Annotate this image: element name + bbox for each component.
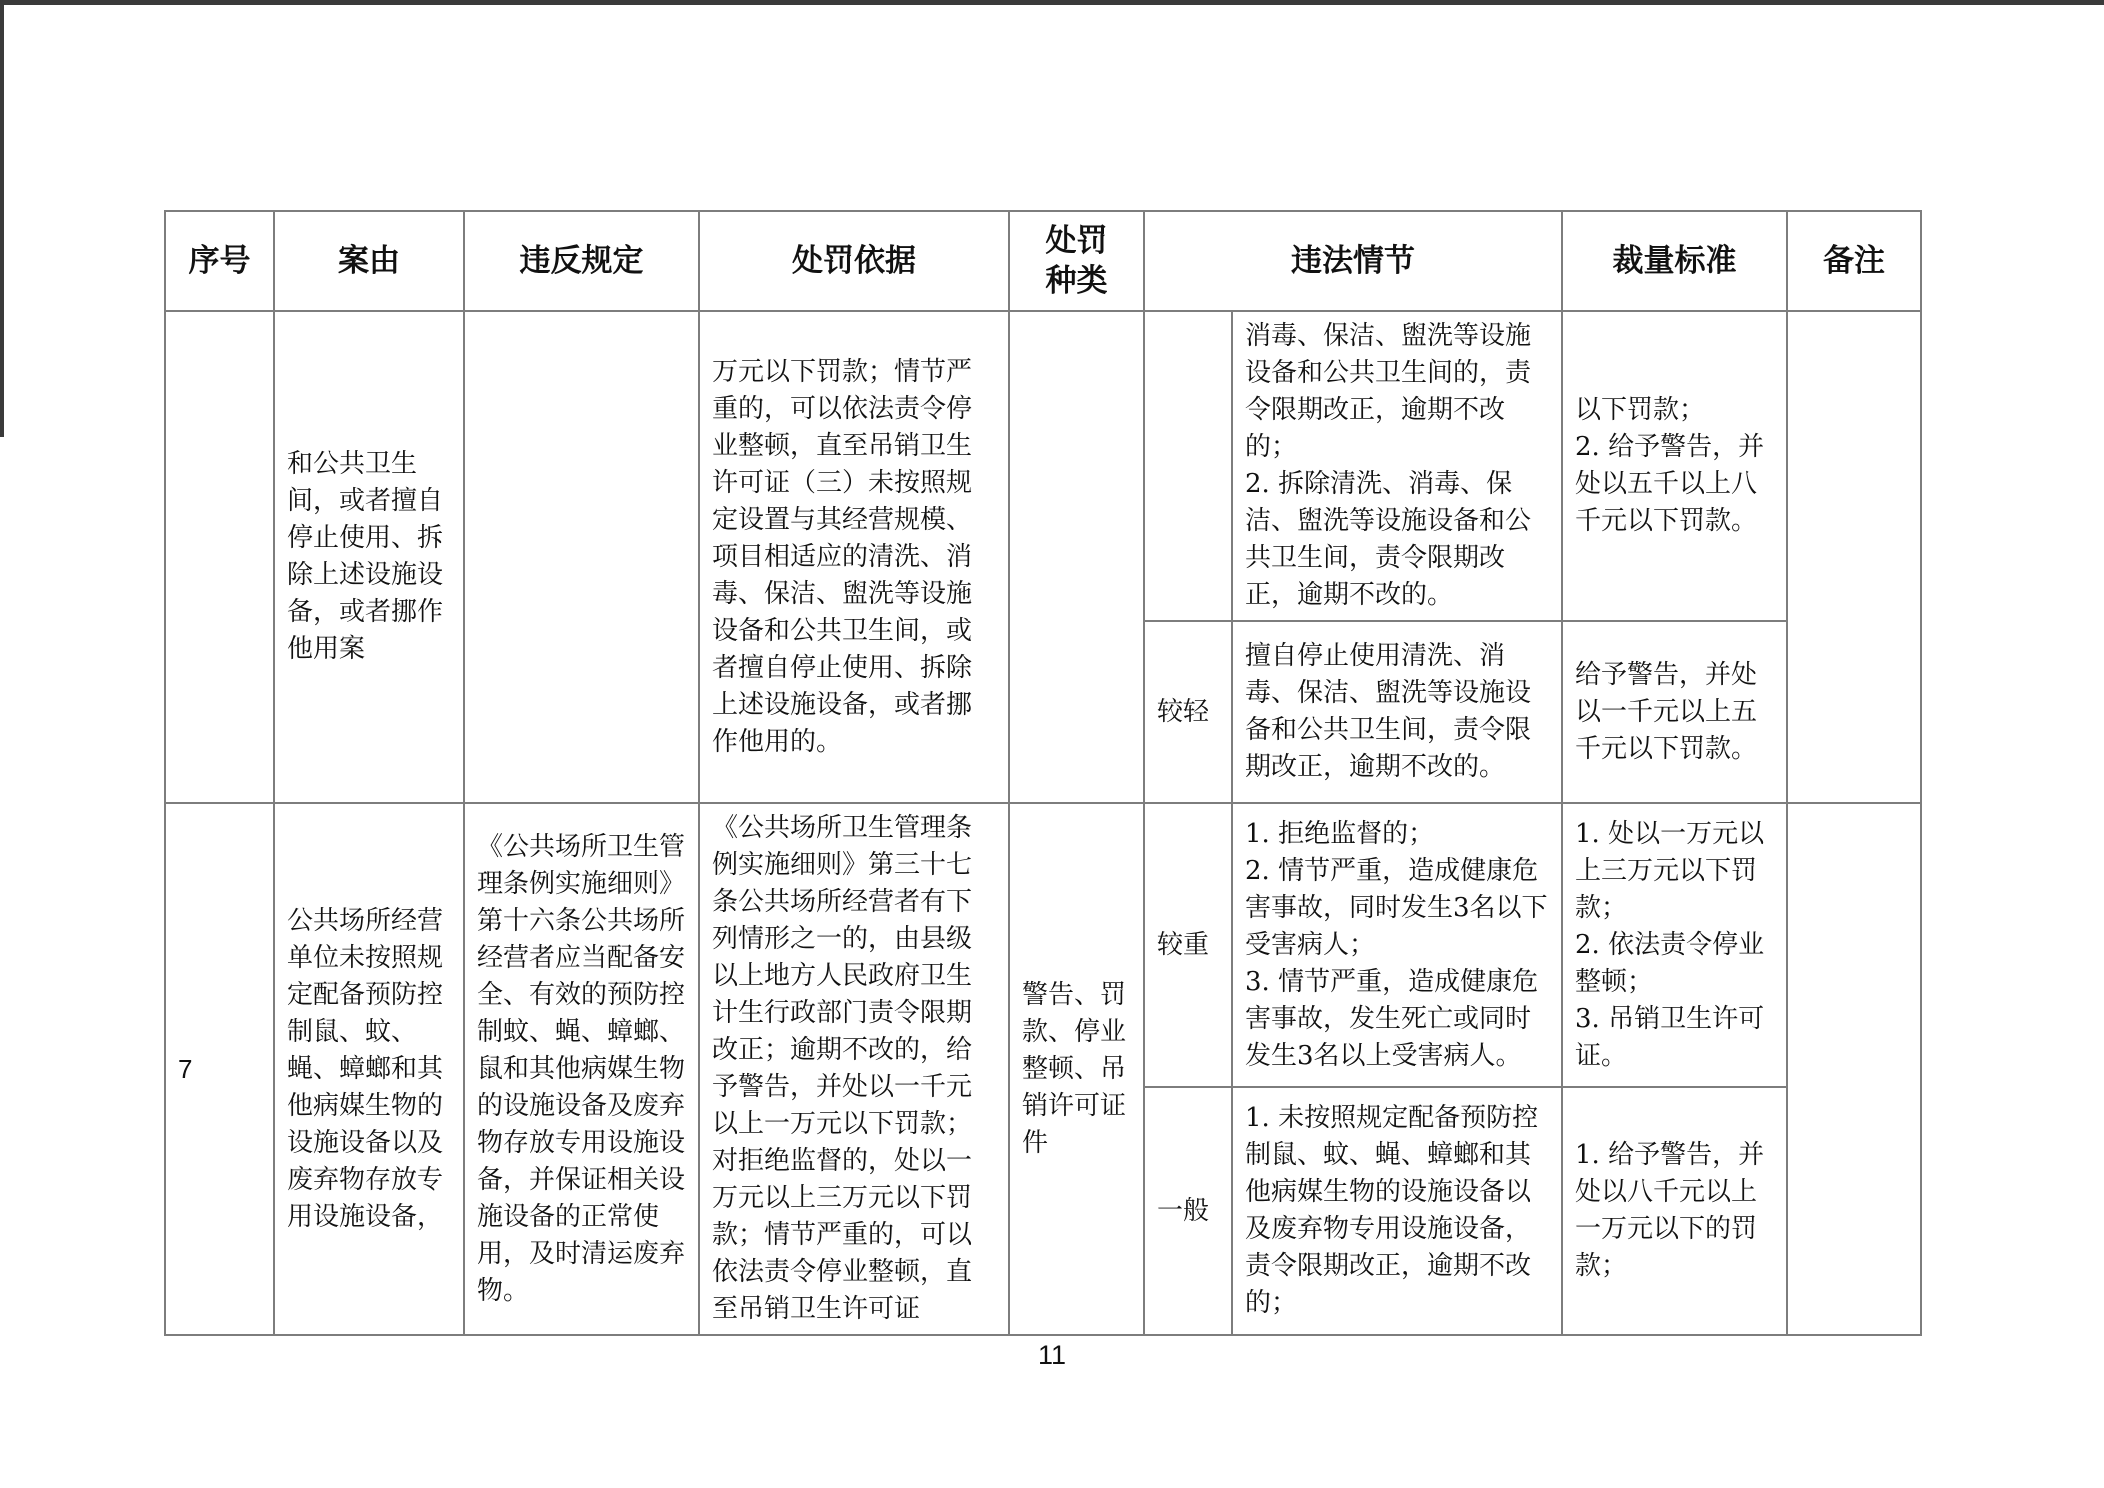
row-continuation-sub1: 和公共卫生间，或者擅自停止使用、拆除上述设施设备，或者挪作他用案 万元以下罚款；… <box>165 311 1921 621</box>
table-header-row: 序号 案由 违反规定 处罚依据 处罚 种类 违法情节 裁量标准 备注 <box>165 211 1921 311</box>
cell-regulation <box>464 311 699 803</box>
cell-standard: 1. 给予警告，并处以八千元以上一万元以下的罚款； <box>1562 1087 1787 1335</box>
cell-circumstance-description: 消毒、保洁、盥洗等设施设备和公共卫生间的，责令限期改正，逾期不改的； 2. 拆除… <box>1232 311 1562 621</box>
cell-remarks <box>1787 311 1921 803</box>
col-header-seq: 序号 <box>165 211 274 311</box>
document-page: 序号 案由 违反规定 处罚依据 处罚 种类 违法情节 裁量标准 备注 和公共卫生… <box>0 0 2104 1488</box>
cell-standard: 给予警告，并处以一千元以上五千元以下罚款。 <box>1562 621 1787 803</box>
cell-circumstance-description: 擅自停止使用清洗、消毒、保洁、盥洗等设施设备和公共卫生间，责令限期改正，逾期不改… <box>1232 621 1562 803</box>
col-header-remarks: 备注 <box>1787 211 1921 311</box>
page-top-edge <box>0 0 2104 5</box>
cell-standard: 1. 处以一万元以上三万元以下罚款； 2. 依法责令停业整顿； 3. 吊销卫生许… <box>1562 803 1787 1087</box>
cell-penalty-type <box>1009 311 1144 803</box>
cell-regulation: 《公共场所卫生管理条例实施细则》第十六条公共场所经营者应当配备安全、有效的预防控… <box>464 803 699 1335</box>
penalty-standards-table: 序号 案由 违反规定 处罚依据 处罚 种类 违法情节 裁量标准 备注 和公共卫生… <box>164 210 1922 1336</box>
col-header-standard: 裁量标准 <box>1562 211 1787 311</box>
cell-standard: 以下罚款； 2. 给予警告，并处以五千以上八千元以下罚款。 <box>1562 311 1787 621</box>
cell-penalty-type: 警告、罚款、停业整顿、吊销许可证件 <box>1009 803 1144 1335</box>
col-header-cause: 案由 <box>274 211 464 311</box>
cell-cause: 公共场所经营单位未按照规定配备预防控制鼠、蚊、蝇、蟑螂和其他病媒生物的设施设备以… <box>274 803 464 1335</box>
row-7-sub1: 7 公共场所经营单位未按照规定配备预防控制鼠、蚊、蝇、蟑螂和其他病媒生物的设施设… <box>165 803 1921 1087</box>
cell-seq: 7 <box>165 803 274 1335</box>
col-header-penalty-type: 处罚 种类 <box>1009 211 1144 311</box>
cell-circumstance-description: 1. 拒绝监督的； 2. 情节严重，造成健康危害事故，同时发生3名以下受害病人；… <box>1232 803 1562 1087</box>
col-header-basis: 处罚依据 <box>699 211 1009 311</box>
cell-basis: 万元以下罚款；情节严重的，可以依法责令停业整顿，直至吊销卫生许可证（三）未按照规… <box>699 311 1009 803</box>
cell-basis: 《公共场所卫生管理条例实施细则》第三十七条公共场所经营者有下列情形之一的，由县级… <box>699 803 1009 1335</box>
cell-severity <box>1144 311 1232 621</box>
cell-severity: 一般 <box>1144 1087 1232 1335</box>
cell-severity: 较轻 <box>1144 621 1232 803</box>
col-header-regulation: 违反规定 <box>464 211 699 311</box>
cell-remarks <box>1787 803 1921 1335</box>
page-number: 11 <box>0 1340 2104 1371</box>
cell-seq <box>165 311 274 803</box>
page-left-edge <box>0 0 4 437</box>
cell-circumstance-description: 1. 未按照规定配备预防控制鼠、蚊、蝇、蟑螂和其他病媒生物的设施设备以及废弃物专… <box>1232 1087 1562 1335</box>
cell-cause: 和公共卫生间，或者擅自停止使用、拆除上述设施设备，或者挪作他用案 <box>274 311 464 803</box>
col-header-circumstances: 违法情节 <box>1144 211 1562 311</box>
cell-severity: 较重 <box>1144 803 1232 1087</box>
